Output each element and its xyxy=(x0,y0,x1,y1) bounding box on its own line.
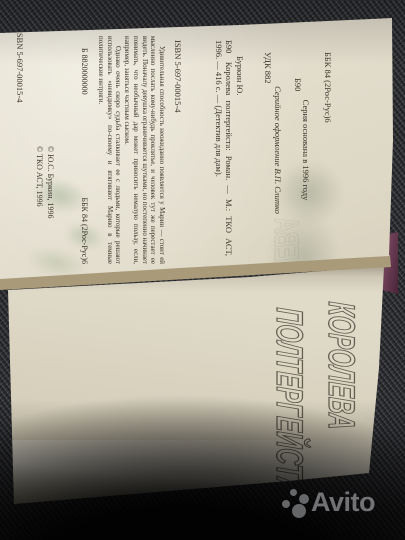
avito-logo-icon xyxy=(281,488,311,520)
photo-vignette xyxy=(0,0,405,540)
photo-canvas: КОРОЛЕВА ПОЛТЕРГЕЙСТА КОРОЛЕВА ББК 84 (2… xyxy=(0,0,405,540)
avito-watermark: Avito xyxy=(281,486,375,520)
avito-wordmark: Avito xyxy=(311,486,375,518)
